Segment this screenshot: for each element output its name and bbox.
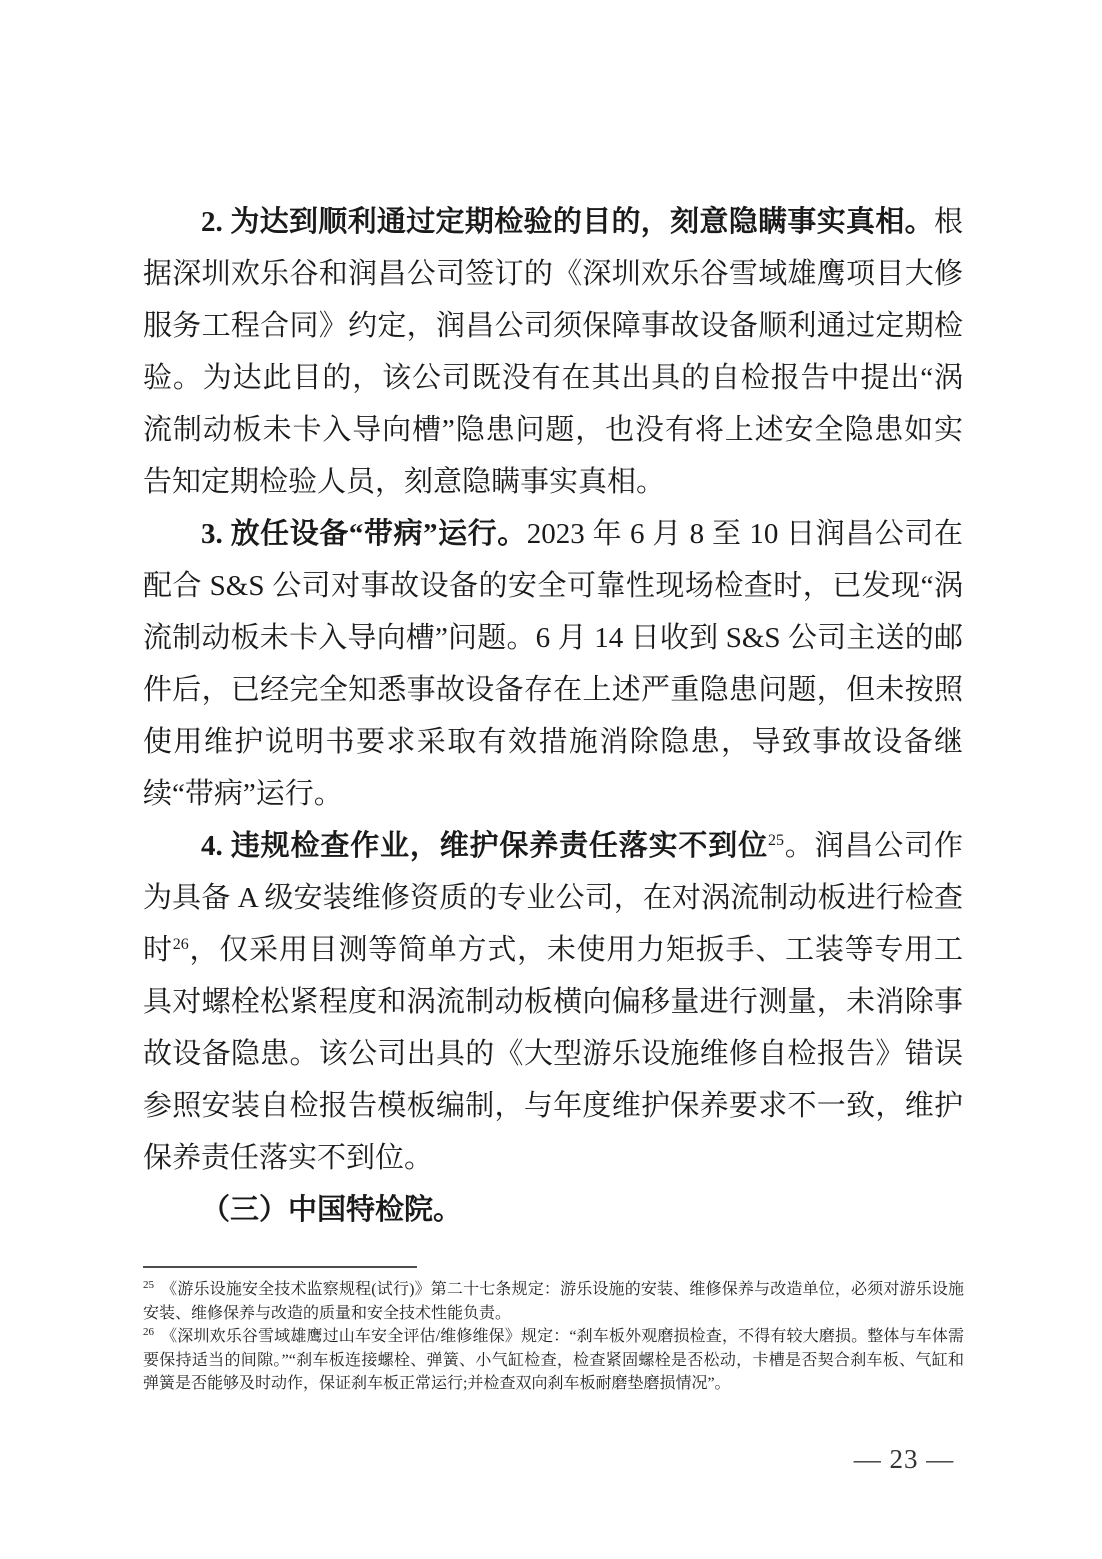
body-paragraph-2: 3. 放任设备“带病”运行。2023 年 6 月 8 至 10 日润昌公司在配合… — [143, 508, 963, 820]
page-number: — 23 — — [818, 1444, 990, 1475]
body-paragraph-1: 2. 为达到顺利通过定期检验的目的，刻意隐瞒事实真相。根据深圳欢乐谷和润昌公司签… — [143, 196, 963, 508]
footnote-reference-26: 26 — [173, 936, 189, 953]
paragraph-text: ，仅采用目测等简单方式，未使用力矩扳手、工装等专用工具对螺栓松紧程度和涡流制动板… — [143, 934, 963, 1174]
document-page: 2. 为达到顺利通过定期检验的目的，刻意隐瞒事实真相。根据深圳欢乐谷和润昌公司签… — [0, 0, 1102, 1559]
paragraph-heading: 2. 为达到顺利通过定期检验的目的，刻意隐瞒事实真相。 — [201, 206, 934, 238]
paragraph-heading: （三）中国特检院。 — [201, 1194, 462, 1226]
body-paragraph-3: 4. 违规检查作业，维护保养责任落实不到位25。润昌公司作为具备 A 级安装维修… — [143, 820, 963, 1184]
footnotes-list: 25《游乐设施安全技术监察规程(试行)》第二十七条规定：游乐设施的安装、维修保养… — [143, 1278, 964, 1396]
footnotes-section: 25《游乐设施安全技术监察规程(试行)》第二十七条规定：游乐设施的安装、维修保养… — [143, 1266, 964, 1396]
paragraph-text: 2023 年 6 月 8 至 10 日润昌公司在配合 S&S 公司对事故设备的安… — [143, 518, 963, 810]
paragraph-text: 根据深圳欢乐谷和润昌公司签订的《深圳欢乐谷雪域雄鹰项目大修服务工程合同》约定，润… — [143, 206, 963, 498]
footnote-text: 《深圳欢乐谷雪域雄鹰过山车安全评估/维修维保》规定：“刹车板外观磨损检查，不得有… — [143, 1328, 964, 1392]
footnote-reference-25: 25 — [768, 832, 784, 849]
body-paragraph-4: （三）中国特检院。 — [143, 1184, 963, 1236]
footnote-separator — [143, 1266, 417, 1268]
document-body: 2. 为达到顺利通过定期检验的目的，刻意隐瞒事实真相。根据深圳欢乐谷和润昌公司签… — [143, 196, 963, 1236]
footnote-25: 25《游乐设施安全技术监察规程(试行)》第二十七条规定：游乐设施的安装、维修保养… — [143, 1278, 964, 1325]
paragraph-heading: 4. 违规检查作业，维护保养责任落实不到位 — [201, 830, 768, 862]
footnote-text: 《游乐设施安全技术监察规程(试行)》第二十七条规定：游乐设施的安装、维修保养与改… — [143, 1281, 964, 1322]
paragraph-heading: 3. 放任设备“带病”运行。 — [201, 518, 527, 550]
footnote-marker-25: 25 — [143, 1279, 154, 1291]
footnote-marker-26: 26 — [143, 1326, 154, 1338]
footnote-26: 26《深圳欢乐谷雪域雄鹰过山车安全评估/维修维保》规定：“刹车板外观磨损检查，不… — [143, 1325, 964, 1396]
